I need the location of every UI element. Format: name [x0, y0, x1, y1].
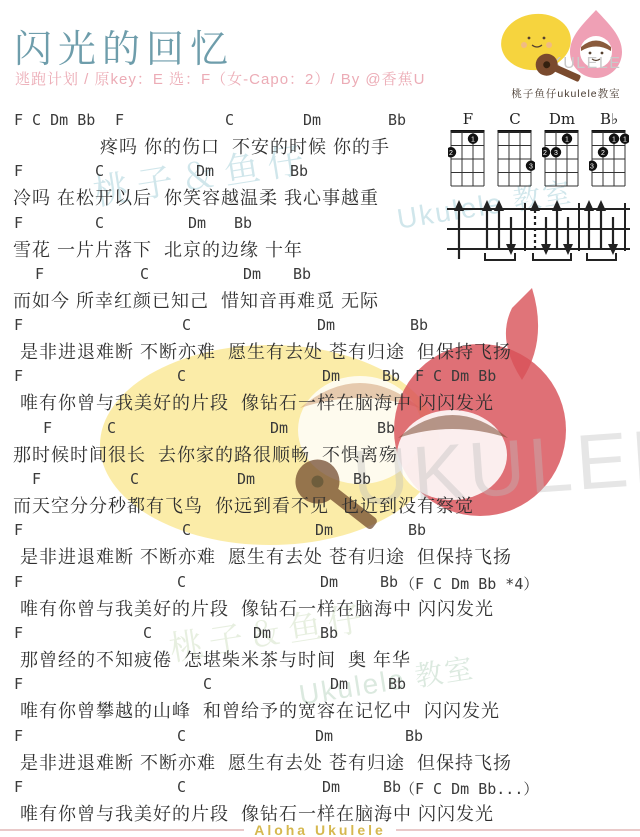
page-title: 闪光的回忆 [14, 18, 234, 73]
chord-label: F [14, 573, 23, 591]
chord-label: C [182, 521, 191, 539]
chord-label: Dm [320, 573, 338, 591]
chord-label: Bb [405, 727, 423, 745]
chord-row: FCDmBb [0, 672, 640, 697]
chord-label: Bb [408, 521, 426, 539]
chord-label: F [14, 367, 23, 385]
song-meta: 逃跑计划 / 原key：E 选：F（女-Capo：2）/ By @香蕉U [15, 68, 425, 89]
lyric-line: 唯有你曾与我美好的片段 像钻石一样在脑海中 闪闪发光 [0, 389, 640, 415]
chord-label: Bb [377, 419, 395, 437]
chord-label: F [115, 111, 124, 129]
lyric-line: 而如今 所幸红颜已知己 惜知音再难觅 无际 [0, 287, 640, 313]
chord-label: Dm [322, 778, 340, 796]
chord-row: FCDmBb [0, 416, 640, 441]
chord-label: C [143, 624, 152, 642]
chord-label: Dm [322, 367, 340, 385]
chord-label: F [14, 778, 23, 796]
chord-row: FCDmBb（F C Dm Bb *4） [0, 570, 640, 595]
chord-label: （F C Dm Bb...） [400, 778, 538, 799]
lyric-line: 疼吗 你的伤口 不安的时候 你的手 [0, 133, 640, 159]
studio-logo: UKULELE 桃子鱼仔ukulele教室 [496, 2, 636, 106]
chord-label: Dm [303, 111, 321, 129]
chord-label: F [14, 521, 23, 539]
chord-label: F [35, 265, 44, 283]
chord-label: Dm [315, 727, 333, 745]
chord-label: Bb [353, 470, 371, 488]
chord-label: C [177, 367, 186, 385]
chord-label: C [177, 573, 186, 591]
chord-row: FCDmBb [0, 211, 640, 236]
chord-label: C [182, 316, 191, 334]
chord-label: F [14, 624, 23, 642]
lyric-line: 唯有你曾与我美好的片段 像钻石一样在脑海中 闪闪发光 [0, 595, 640, 621]
chord-label: F C Dm Bb [415, 367, 496, 385]
chord-row: FCDmBb [0, 467, 640, 492]
chord-label: F [14, 214, 23, 232]
chord-label: Bb [382, 367, 400, 385]
footer-rule-left [0, 829, 244, 831]
chord-row: FCDmBb [0, 518, 640, 543]
chord-label: F [14, 162, 23, 180]
chord-row: FCDmBb [0, 262, 640, 287]
footer: Aloha Ukulele [0, 822, 640, 837]
chord-label: C [140, 265, 149, 283]
lyric-line: 而天空分分秒都有飞鸟 你远到看不见 也近到没有察觉 [0, 492, 640, 518]
lyric-line: 唯有你曾攀越的山峰 和曾给予的宽容在记忆中 闪闪发光 [0, 697, 640, 723]
footer-rule-right [396, 829, 640, 831]
footer-brand: Aloha Ukulele [244, 822, 396, 837]
lyric-line: 那时候时间很长 去你家的路很顺畅 不惧离殇 [0, 441, 640, 467]
lyric-line: 是非进退难断 不断亦难 愿生有去处 苍有归途 但保持飞扬 [0, 543, 640, 569]
chord-row: FCDmBb [0, 621, 640, 646]
chord-label: Bb [293, 265, 311, 283]
chord-label: C [225, 111, 234, 129]
lyric-line: 雪花 一片片落下 北京的边缘 十年 [0, 236, 640, 262]
chord-label: Dm [270, 419, 288, 437]
chord-label: C [177, 778, 186, 796]
chord-label: F [14, 316, 23, 334]
song: F C Dm BbFCDmBb疼吗 你的伤口 不安的时候 你的手FCDmBb冷吗… [0, 108, 640, 826]
chord-label: C [203, 675, 212, 693]
chord-label: （F C Dm Bb *4） [400, 573, 538, 594]
chord-label: Bb [388, 675, 406, 693]
chord-label: C [95, 214, 104, 232]
chord-label: Bb [410, 316, 428, 334]
chord-row: FCDmBbF C Dm Bb [0, 364, 640, 389]
chord-label: Bb [383, 778, 401, 796]
chord-row: F C Dm BbFCDmBb [0, 108, 640, 133]
lyric-line: 那曾经的不知疲倦 怎堪柴米茶与时间 奥 年华 [0, 646, 640, 672]
chord-label: Dm [317, 316, 335, 334]
chord-label: C [95, 162, 104, 180]
chord-label: Dm [196, 162, 214, 180]
chord-label: Bb [320, 624, 338, 642]
chord-row: FCDmBb [0, 313, 640, 338]
chord-label: Dm [315, 521, 333, 539]
chord-label: F [43, 419, 52, 437]
chord-label: Bb [234, 214, 252, 232]
chord-row: FCDmBb（F C Dm Bb...） [0, 775, 640, 800]
studio-logo-art: UKULELE [496, 2, 636, 86]
chord-label: F [14, 727, 23, 745]
studio-logo-caption: 桃子鱼仔ukulele教室 [496, 86, 636, 101]
lyric-line: 冷吗 在松开以后 你笑容越温柔 我心事越重 [0, 184, 640, 210]
chord-label: Dm [188, 214, 206, 232]
chord-label: F C Dm Bb [14, 111, 95, 129]
chord-label: F [32, 470, 41, 488]
chord-label: C [177, 727, 186, 745]
chord-sheet-page: 闪光的回忆 逃跑计划 / 原key：E 选：F（女-Capo：2）/ By @香… [0, 0, 640, 837]
chord-label: C [107, 419, 116, 437]
chord-label: Bb [388, 111, 406, 129]
chord-row: FCDmBb [0, 159, 640, 184]
lyric-line: 是非进退难断 不断亦难 愿生有去处 苍有归途 但保持飞扬 [0, 338, 640, 364]
chord-label: Dm [237, 470, 255, 488]
chord-label: Dm [243, 265, 261, 283]
lyric-line: 是非进退难断 不断亦难 愿生有去处 苍有归途 但保持飞扬 [0, 749, 640, 775]
chord-label: F [14, 675, 23, 693]
chord-label: Bb [290, 162, 308, 180]
chord-row: FCDmBb [0, 724, 640, 749]
chord-label: C [130, 470, 139, 488]
chord-label: Dm [253, 624, 271, 642]
chord-label: Bb [380, 573, 398, 591]
chord-label: Dm [330, 675, 348, 693]
